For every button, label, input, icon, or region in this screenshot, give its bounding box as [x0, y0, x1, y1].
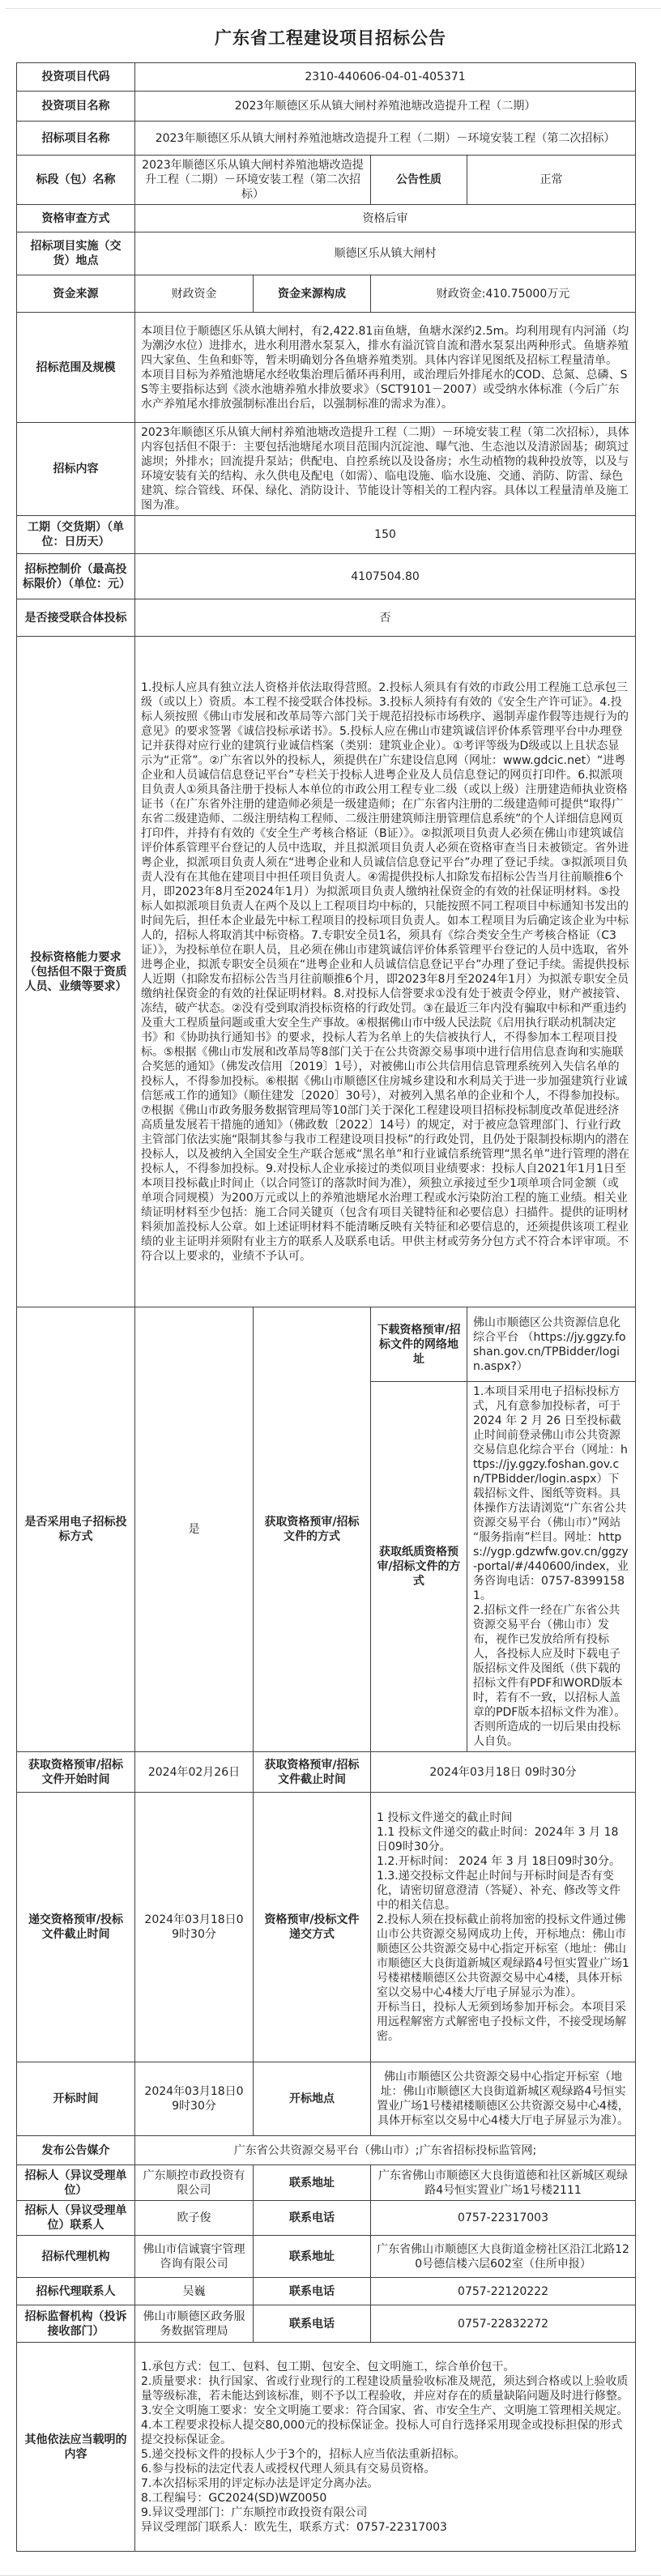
row-other: 其他依法应当载明的内容 1.承包方式：包工、包料、包工期、包安全、包文明施工，综…: [17, 2343, 636, 2552]
page-top-divider: [5, 8, 661, 9]
download-address-value: 佛山市顺德区公共资源信息化综合平台 （https://jy.ggzy.fosha…: [467, 1307, 636, 1382]
section-label: 标段（包）名称: [17, 156, 135, 205]
tenderer-contact-label: 招标人（异议受理单位）联系人: [17, 2201, 135, 2236]
row-consortium: 是否接受联合体投标 否: [17, 599, 636, 637]
tenderer-address-value: 广东省佛山市顺德区大良街道德和社区新城区观绿路4号恒实置业广场1号楼2111: [371, 2165, 636, 2201]
duration-label: 工期（交货期）（单位：日历天）: [17, 516, 135, 554]
tender-name-label: 招标项目名称: [17, 122, 135, 156]
tenderer-label: 招标人（异议受理单位）: [17, 2165, 135, 2201]
supervisor-phone-label: 联系电话: [254, 2305, 371, 2343]
qual-review-value: 资格后审: [135, 205, 636, 232]
submission-deadline-label: 递交资格预审/投标文件截止时间: [17, 1793, 135, 2062]
agency-label: 招标代理机构: [17, 2236, 135, 2278]
content-label: 招标内容: [17, 423, 135, 516]
row-ceiling-price: 招标控制价（最高投标限价）（单位：元） 4107504.80: [17, 554, 636, 599]
opening-place-value: 佛山市顺德区公共资源交易中心指定开标室（地址：佛山市顺德区大良街道新城区观绿路4…: [371, 2062, 636, 2136]
project-code-label: 投资项目代码: [17, 63, 135, 92]
scope-value: 本项目位于顺德区乐从镇大闸村，有2,422.81亩鱼塘，鱼塘水深约2.5m。均利…: [135, 313, 636, 423]
agency-address-value: 广东省佛山市顺德区大良街道金榜社区沿江北路120号德信楼六层602室（住所申报）: [371, 2236, 636, 2278]
agency-phone-value: 0757-22120222: [371, 2278, 636, 2305]
project-name-value: 2023年顺德区乐从镇大闸村养殖池塘改造提升工程（二期）: [135, 92, 636, 122]
doc-method-label: 获取资格预审/招标文件的方式: [254, 1307, 371, 1752]
row-location: 招标项目实施（交货）地点 顺德区乐从镇大闸村: [17, 232, 636, 275]
row-tenderer-contact: 招标人（异议受理单位）联系人 欧子俊 联系电话 0757-22317003: [17, 2201, 636, 2236]
qualification-label: 投标资格能力要求（包括但不限于资质人员、业绩等要求）: [17, 637, 135, 1307]
agency-address-label: 联系地址: [254, 2236, 371, 2278]
submission-deadline-value: 2024年03月18日09时30分: [135, 1793, 254, 2062]
row-opening: 开标时间 2024年03月18日09时30分 开标地点 佛山市顺德区公共资源交易…: [17, 2062, 636, 2136]
download-address-label: 下载资格预审/招标文件的网络地址: [371, 1307, 467, 1382]
row-qual-review: 资格审查方式 资格后审: [17, 205, 636, 232]
row-tenderer: 招标人（异议受理单位） 广东顺控市政投资有限公司 联系地址 广东省佛山市顺德区大…: [17, 2165, 636, 2201]
agency-value: 佛山市信诚寰宇管理咨询有限公司: [135, 2236, 254, 2278]
tenderer-address-label: 联系地址: [254, 2165, 371, 2201]
submission-method-value: 1 投标文件递交的截止时间 1.1 投标文件递交的截止时间：2024年 3 月 …: [371, 1793, 636, 2062]
ceiling-price-value: 4107504.80: [135, 554, 636, 599]
notice-nature-value: 正常: [467, 156, 636, 205]
duration-value: 150: [135, 516, 636, 554]
doc-end-value: 2024年03月18日 09时30分: [371, 1752, 636, 1793]
location-value: 顺德区乐从镇大闸村: [135, 232, 636, 275]
paper-method-label: 获取纸质资格预审/招标文件的方式: [371, 1382, 467, 1752]
consortium-value: 否: [135, 599, 636, 637]
notice-nature-label: 公告性质: [371, 156, 467, 205]
project-code-value: 2310-440606-04-01-405371: [135, 63, 636, 92]
qualification-value: 1.投标人应具有独立法人资格并依法取得营照。2.投标人须具有有效的市政公用工程施…: [135, 637, 636, 1307]
agency-contact-label: 招标代理联系人: [17, 2278, 135, 2305]
media-value: 广东省公共资源交易平台（佛山市）;广东省招标投标监管网;: [135, 2136, 636, 2165]
row-section: 标段（包）名称 2023年顺德区乐从镇大闸村养殖池塘改造提升工程（二期）－环境安…: [17, 156, 636, 205]
content-value: 2023年顺德区乐从镇大闸村养殖池塘改造提升工程（二期）－环境安装工程（第二次招…: [135, 423, 636, 516]
agency-contact-value: 吴巍: [135, 2278, 254, 2305]
tender-announcement-table: 投资项目代码 2310-440606-04-01-405371 投资项目名称 2…: [16, 62, 636, 2552]
agency-phone-label: 联系电话: [254, 2278, 371, 2305]
opening-place-label: 开标地点: [254, 2062, 371, 2136]
row-scope: 招标范围及规模 本项目位于顺德区乐从镇大闸村，有2,422.81亩鱼塘，鱼塘水深…: [17, 313, 636, 423]
row-supervisor: 招标监督机构（投诉接收部门） 佛山市顺德区政务服务数据管理局 联系电话 0757…: [17, 2305, 636, 2343]
doc-start-label: 获取资格预审/招标文件开始时间: [17, 1752, 135, 1793]
row-duration: 工期（交货期）（单位：日历天） 150: [17, 516, 636, 554]
qual-review-label: 资格审查方式: [17, 205, 135, 232]
tenderer-value: 广东顺控市政投资有限公司: [135, 2165, 254, 2201]
tenderer-phone-value: 0757-22317003: [371, 2201, 636, 2236]
row-doc-time: 获取资格预审/招标文件开始时间 2024年02月26日 获取资格预审/招标文件截…: [17, 1752, 636, 1793]
electronic-value: 是: [135, 1307, 254, 1752]
row-submission: 递交资格预审/投标文件截止时间 2024年03月18日09时30分 资格预审/投…: [17, 1793, 636, 2062]
other-label: 其他依法应当载明的内容: [17, 2343, 135, 2552]
row-qualification: 投标资格能力要求（包括但不限于资质人员、业绩等要求） 1.投标人应具有独立法人资…: [17, 637, 636, 1307]
row-media: 发布公告媒介 广东省公共资源交易平台（佛山市）;广东省招标投标监管网;: [17, 2136, 636, 2165]
ceiling-price-label: 招标控制价（最高投标限价）（单位：元）: [17, 554, 135, 599]
tenderer-phone-label: 联系电话: [254, 2201, 371, 2236]
submission-method-label: 资格预审/投标文件递交方式: [254, 1793, 371, 2062]
paper-method-value: 1.本项目采用电子招标投标方式，凡有意参加投标者，可于 2024 年 2 月 2…: [467, 1382, 636, 1752]
row-agency-contact: 招标代理联系人 吴巍 联系电话 0757-22120222: [17, 2278, 636, 2305]
location-label: 招标项目实施（交货）地点: [17, 232, 135, 275]
funding-composition-label: 资金来源构成: [254, 275, 371, 313]
doc-start-value: 2024年02月26日: [135, 1752, 254, 1793]
electronic-label: 是否采用电子招标投标方式: [17, 1307, 135, 1752]
row-project-code: 投资项目代码 2310-440606-04-01-405371: [17, 63, 636, 92]
funding-value: 财政资金: [135, 275, 254, 313]
funding-composition-value: 财政资金:410.75000万元: [371, 275, 636, 313]
row-agency: 招标代理机构 佛山市信诚寰宇管理咨询有限公司 联系地址 广东省佛山市顺德区大良街…: [17, 2236, 636, 2278]
funding-label: 资金来源: [17, 275, 135, 313]
opening-time-label: 开标时间: [17, 2062, 135, 2136]
supervisor-label: 招标监督机构（投诉接收部门）: [17, 2305, 135, 2343]
supervisor-value: 佛山市顺德区政务服务数据管理局: [135, 2305, 254, 2343]
row-project-name: 投资项目名称 2023年顺德区乐从镇大闸村养殖池塘改造提升工程（二期）: [17, 92, 636, 122]
project-name-label: 投资项目名称: [17, 92, 135, 122]
media-label: 发布公告媒介: [17, 2136, 135, 2165]
scope-label: 招标范围及规模: [17, 313, 135, 423]
row-tender-name: 招标项目名称 2023年顺德区乐从镇大闸村养殖池塘改造提升工程（二期）－环境安装…: [17, 122, 636, 156]
row-electronic: 是否采用电子招标投标方式 是 获取资格预审/招标文件的方式 下载资格预审/招标文…: [17, 1307, 636, 1382]
tenderer-contact-value: 欧子俊: [135, 2201, 254, 2236]
row-content: 招标内容 2023年顺德区乐从镇大闸村养殖池塘改造提升工程（二期）－环境安装工程…: [17, 423, 636, 516]
supervisor-phone-value: 0757-22832272: [371, 2305, 636, 2343]
row-funding: 资金来源 财政资金 资金来源构成 财政资金:410.75000万元: [17, 275, 636, 313]
tender-name-value: 2023年顺德区乐从镇大闸村养殖池塘改造提升工程（二期）－环境安装工程（第二次招…: [135, 122, 636, 156]
other-value: 1.承包方式：包工、包料、包工期、包安全、包文明施工，综合单价包干。 2.质量要…: [135, 2343, 636, 2552]
page-title: 广东省工程建设项目招标公告: [0, 25, 661, 49]
opening-time-value: 2024年03月18日09时30分: [135, 2062, 254, 2136]
doc-end-label: 获取资格预审/招标文件截止时间: [254, 1752, 371, 1793]
section-value: 2023年顺德区乐从镇大闸村养殖池塘改造提升工程（二期）－环境安装工程（第二次招…: [135, 156, 371, 205]
consortium-label: 是否接受联合体投标: [17, 599, 135, 637]
